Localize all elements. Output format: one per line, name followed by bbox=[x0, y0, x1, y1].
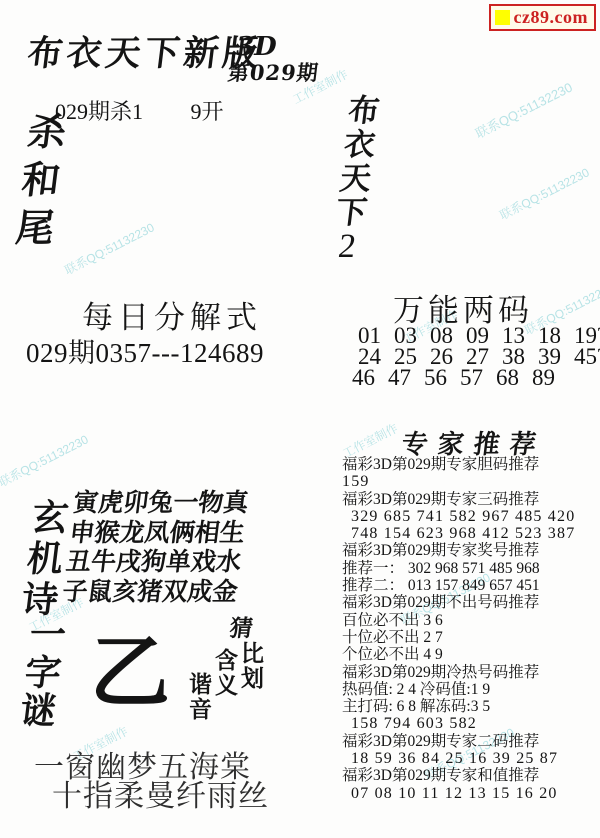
vertical-char: 字 bbox=[23, 654, 64, 692]
expert-line: 个位必不出 4 9 bbox=[342, 646, 598, 663]
riddle-answer-character: 乙 bbox=[90, 632, 170, 712]
expert-line: 福彩3D第029期专家奖号推荐 bbox=[342, 542, 598, 559]
expert-line: 329 685 741 582 967 485 420 bbox=[342, 508, 598, 525]
riddle-hint-guess: 猜 bbox=[228, 610, 255, 643]
expert-line: 07 08 10 11 12 13 15 16 20 bbox=[342, 785, 598, 802]
watermark-text: 联系QQ:51132230 bbox=[0, 431, 91, 491]
code-cell: 24 bbox=[358, 346, 381, 367]
couplet-line-2: 十指柔曼纤雨丝 bbox=[52, 771, 269, 815]
badge-text: cz89.com bbox=[514, 7, 588, 28]
vertical-char: 衣 bbox=[342, 128, 377, 162]
expert-line: 十位必不出 2 7 bbox=[342, 629, 598, 646]
code-cell: 26 bbox=[430, 346, 453, 367]
vertical-char: 杀 bbox=[25, 108, 69, 156]
code-cell: 47 bbox=[388, 367, 411, 388]
expert-line: 福彩3D第029期不出号码推荐 bbox=[342, 594, 598, 611]
vertical-char: 布 bbox=[346, 94, 381, 128]
expert-line: 百位必不出 3 6 bbox=[342, 612, 598, 629]
expert-recommend-list: 福彩3D第029期专家胆码推荐 159 福彩3D第029期专家三码推荐 329 … bbox=[342, 456, 598, 802]
code-cell: 57 bbox=[460, 367, 483, 388]
code-cell: 39 bbox=[538, 346, 561, 367]
code-cell: 08 bbox=[430, 325, 453, 346]
code-cell: 03 bbox=[394, 325, 417, 346]
watermark-text: 联系QQ:51132230 bbox=[497, 164, 592, 224]
expert-line: 福彩3D第029期专家和值推荐 bbox=[342, 767, 598, 784]
riddle-hint: 谐音 bbox=[182, 672, 215, 722]
buyi-tianxia-label: 布 衣 天 下 2 bbox=[330, 94, 382, 264]
riddle-label: 一 字 谜 bbox=[18, 616, 68, 730]
watermark-text: 联系QQ:51132230 bbox=[62, 219, 157, 279]
vertical-char: 谜 bbox=[18, 692, 59, 730]
code-cell: 46 bbox=[352, 367, 375, 388]
lottery-chart-page: 联系QQ:51132230 工作室制作 联系QQ:51132230 工作室制作 … bbox=[0, 0, 600, 838]
poem-line: 子鼠亥猪双成金 bbox=[61, 577, 240, 607]
two-codes-row: 46 47 56 57 68 89 bbox=[352, 367, 555, 388]
expert-line: 福彩3D第029期冷热号码推荐 bbox=[342, 664, 598, 681]
code-cell: 68 bbox=[496, 367, 519, 388]
code-cell: 27 bbox=[466, 346, 489, 367]
kill-line: 029期杀1 9开 bbox=[55, 95, 224, 126]
vertical-char: 2 bbox=[337, 230, 358, 264]
poem-line: 丑牛戌狗单戏水 bbox=[64, 547, 243, 577]
code-cell: 45? bbox=[574, 346, 600, 367]
vertical-char: 一 bbox=[27, 616, 68, 654]
vertical-char: 和 bbox=[19, 156, 63, 204]
code-cell: 09 bbox=[466, 325, 489, 346]
vertical-char: 尾 bbox=[13, 204, 57, 252]
expert-line: 推荐二： 013 157 849 657 451 bbox=[342, 577, 598, 594]
mystery-poem-lines: 寅虎卯兔一物真 申猴龙凤俩相生 丑牛戌狗单戏水 子鼠亥猪双成金 bbox=[61, 488, 251, 606]
code-cell: 13 bbox=[502, 325, 525, 346]
expert-line: 主打码: 6 8 解冻码:3 5 bbox=[342, 698, 598, 715]
expert-line: 18 59 36 84 25 16 39 25 87 bbox=[342, 750, 598, 767]
expert-line: 福彩3D第029期专家胆码推荐 bbox=[342, 456, 598, 473]
expert-line: 福彩3D第029期专家二码推荐 bbox=[342, 733, 598, 750]
expert-line: 推荐一： 302 968 571 485 968 bbox=[342, 560, 598, 577]
code-cell: 56 bbox=[424, 367, 447, 388]
code-cell: 25 bbox=[394, 346, 417, 367]
daily-decomposition-formula: 029期0357---124689 bbox=[26, 331, 264, 370]
code-cell: 01 bbox=[358, 325, 381, 346]
poem-line: 申猴龙凤俩相生 bbox=[68, 518, 247, 548]
issue-label: 第029期 bbox=[226, 57, 321, 87]
expert-line: 158 794 603 582 bbox=[342, 715, 598, 732]
vertical-char: 天 bbox=[338, 162, 373, 196]
watermark-text: 联系QQ:51132230 bbox=[472, 77, 576, 142]
kill-right: 9开 bbox=[191, 99, 224, 124]
kill-sum-tail-label: 杀 和 尾 bbox=[13, 108, 69, 252]
expert-line: 福彩3D第029期专家三码推荐 bbox=[342, 491, 598, 508]
site-badge[interactable]: cz89.com bbox=[489, 4, 596, 31]
two-codes-row: 01 03 08 09 13 18 19? bbox=[358, 325, 600, 346]
vertical-char: 机 bbox=[24, 539, 65, 580]
poem-line: 寅虎卯兔一物真 bbox=[72, 488, 251, 518]
expert-line: 热码值: 2 4 冷码值:1 9 bbox=[342, 681, 598, 698]
expert-line: 748 154 623 968 412 523 387 bbox=[342, 525, 598, 542]
vertical-char: 玄 bbox=[30, 498, 71, 539]
code-cell: 19? bbox=[574, 325, 600, 346]
badge-square-icon bbox=[495, 10, 510, 25]
vertical-char: 下 bbox=[334, 196, 369, 230]
code-cell: 89 bbox=[532, 367, 555, 388]
code-cell: 38 bbox=[502, 346, 525, 367]
code-cell: 18 bbox=[538, 325, 561, 346]
expert-line: 159 bbox=[342, 473, 598, 490]
two-codes-row: 24 25 26 27 38 39 45? bbox=[358, 346, 600, 367]
